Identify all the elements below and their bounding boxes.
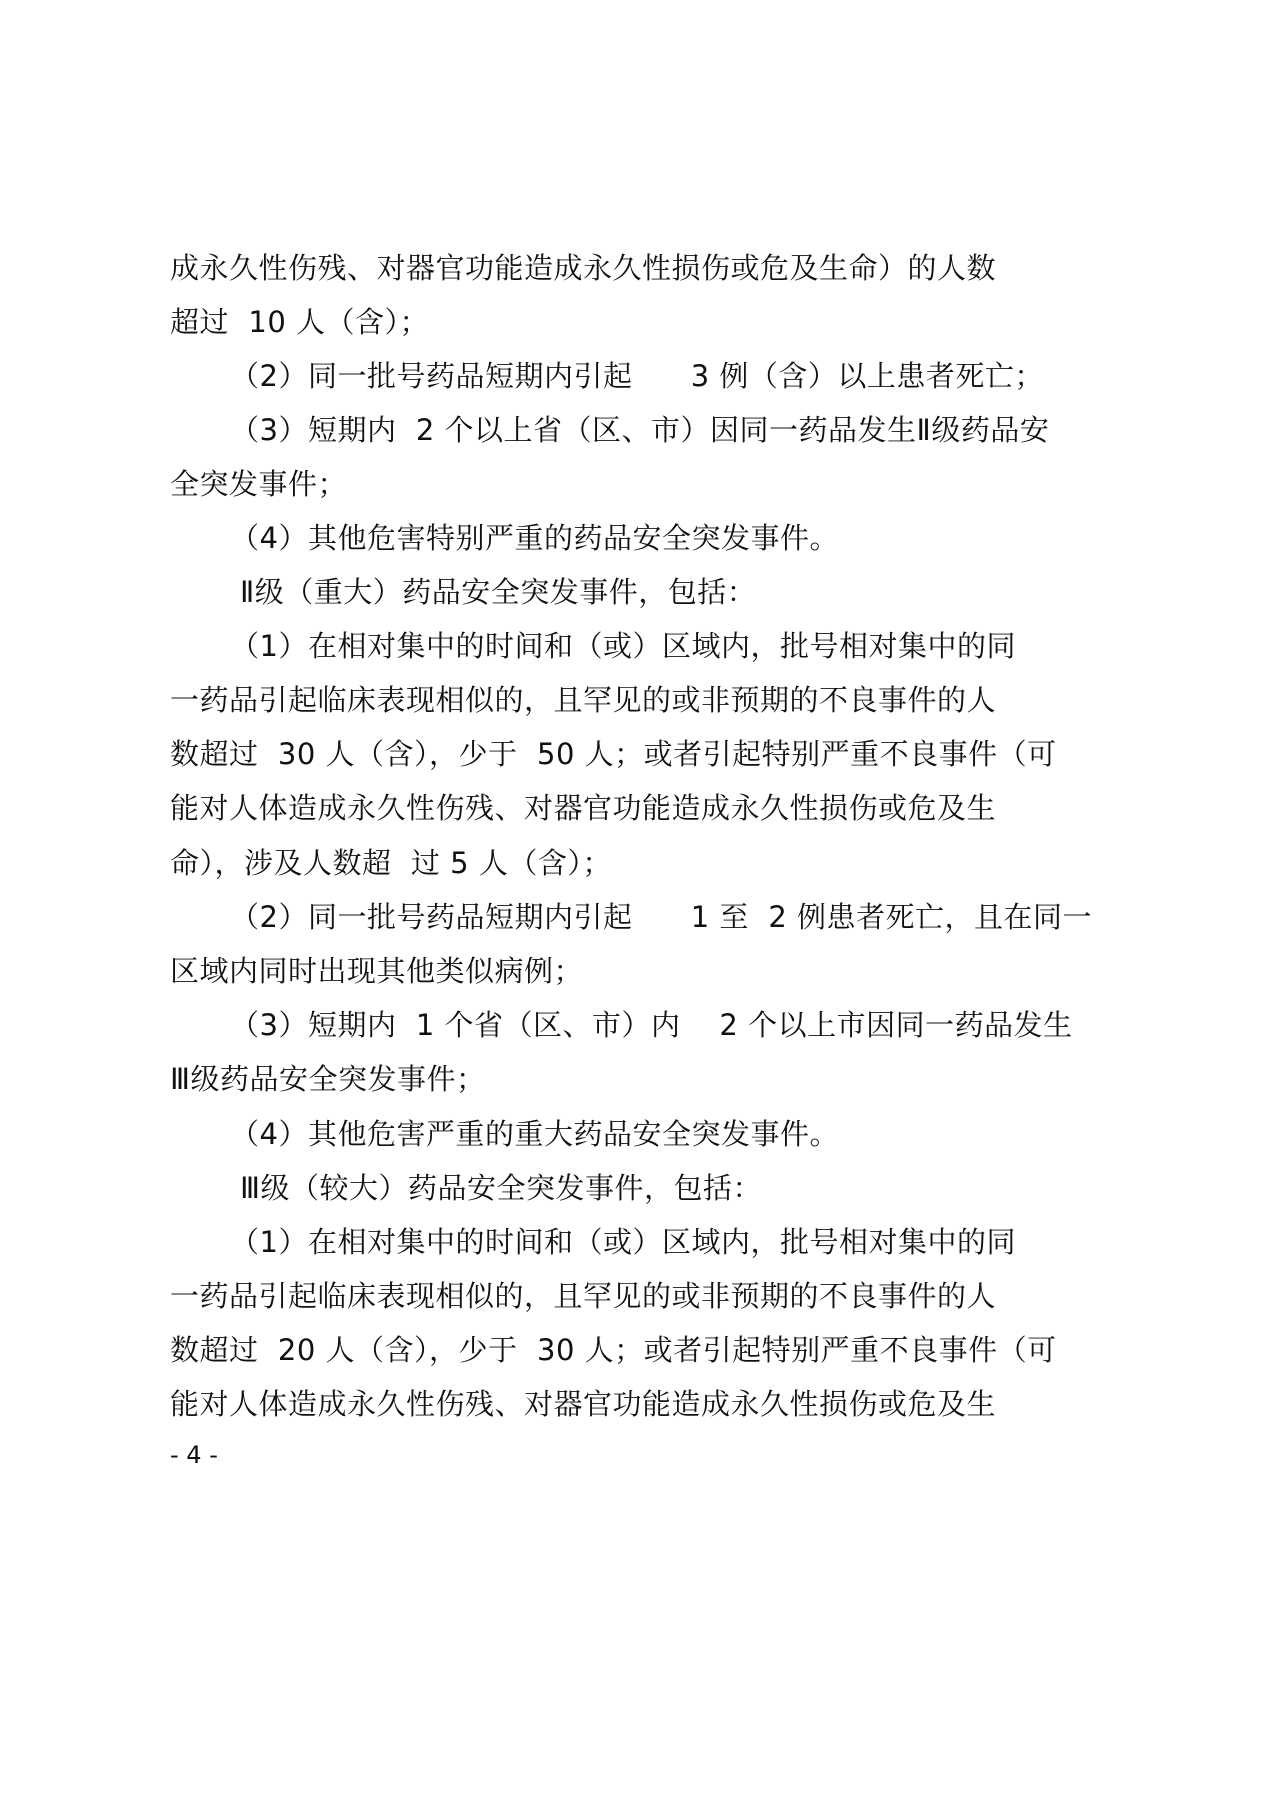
text-line: 一药品引起临床表现相似的，且罕见的或非预期的不良事件的人 <box>170 1278 996 1314</box>
text-line: 成永久性伤残、对器官功能造成永久性损伤或危及生命）的人数 <box>170 250 996 286</box>
text-line: 数超过 30 人（含），少于 50 人；或者引起特别严重不良事件（可 <box>170 736 1057 772</box>
text-line: 能对人体造成永久性伤残、对器官功能造成永久性损伤或危及生 <box>170 790 996 826</box>
text-line: 数超过 20 人（含），少于 30 人；或者引起特别严重不良事件（可 <box>170 1332 1057 1368</box>
section-heading-level-3: Ⅲ级（较大）药品安全突发事件，包括： <box>240 1170 762 1206</box>
text-line: 能对人体造成永久性伤残、对器官功能造成永久性损伤或危及生 <box>170 1386 996 1422</box>
list-item-text: （2）同一批号药品短期内引起 1 至 2 例患者死亡，且在同一 <box>230 899 1092 935</box>
text-line: 全突发事件； <box>170 466 347 502</box>
text-line: 区域内同时出现其他类似病例； <box>170 953 583 989</box>
list-item-text: （2）同一批号药品短期内引起 3 例（含）以上患者死亡； <box>230 358 1044 394</box>
list-item-text: （3）短期内 1 个省（区、市）内 2 个以上市因同一药品发生 <box>230 1007 1073 1043</box>
text-line: 命），涉及人数超 过 5 人（含）； <box>170 845 612 881</box>
list-item-text: （3）短期内 2 个以上省（区、市）因同一药品发生Ⅱ级药品安 <box>230 412 1049 448</box>
section-heading-level-2: Ⅱ级（重大）药品安全突发事件，包括： <box>240 574 756 610</box>
page-number: - 4 - <box>170 1440 218 1470</box>
text-line: 一药品引起临床表现相似的，且罕见的或非预期的不良事件的人 <box>170 682 996 718</box>
text-line: Ⅲ级药品安全突发事件； <box>170 1061 486 1097</box>
text-line: 超过 10 人（含）； <box>170 304 429 340</box>
list-item-text: （1）在相对集中的时间和（或）区域内，批号相对集中的同 <box>230 628 1016 664</box>
document-page: 成永久性伤残、对器官功能造成永久性损伤或危及生命）的人数 超过 10 人（含）；… <box>0 0 1274 1803</box>
list-item-text: （4）其他危害特别严重的药品安全突发事件。 <box>230 520 839 556</box>
list-item-text: （1）在相对集中的时间和（或）区域内，批号相对集中的同 <box>230 1224 1016 1260</box>
list-item-text: （4）其他危害严重的重大药品安全突发事件。 <box>230 1116 839 1152</box>
